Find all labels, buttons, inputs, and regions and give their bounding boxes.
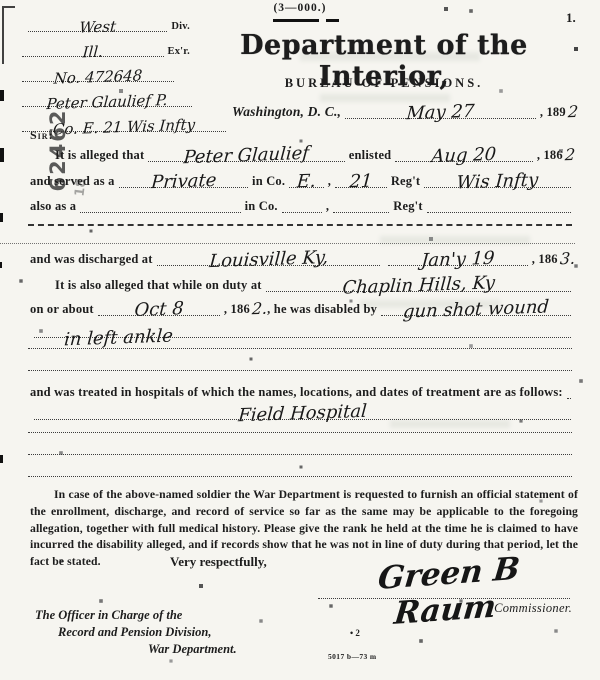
also-company-number-field[interactable] (333, 198, 389, 213)
pension-form-document: (3—000.) 1. West Div. Ill. Ex'r. No. 472… (0, 0, 600, 680)
company-field[interactable]: E. (289, 173, 324, 188)
soldier-name-field[interactable]: Peter Glaulief (148, 147, 344, 162)
regiment-field[interactable]: Wis Infty (424, 173, 571, 188)
discharge-date-handwriting: Jan'y 19 (388, 253, 528, 268)
soldier-name-handwriting: Peter Glaulief (148, 148, 345, 165)
company-number-handwriting: 21 (335, 176, 387, 188)
rank-field[interactable]: Private (119, 173, 248, 188)
hospital-entry-line: Field Hospital (30, 404, 575, 420)
also-company-field[interactable] (282, 198, 322, 213)
scan-edge-mark (0, 90, 4, 101)
served-label: and served as a (30, 175, 115, 188)
scan-corner-mark (2, 6, 15, 64)
duty-place-line: It is also alleged that while on duty at… (55, 276, 575, 292)
comma-label: , (328, 175, 331, 188)
hospitals-field[interactable] (567, 384, 571, 399)
rank-handwriting: Private (118, 175, 248, 189)
disability-year-digit-handwriting: 2. (251, 299, 268, 319)
company-handwriting: E. (289, 176, 324, 187)
blank-dotted-line (28, 432, 572, 433)
hospitals-label: and was treated in hospitals of which th… (30, 386, 563, 399)
in-co-label: in Co. (245, 200, 278, 213)
alleged-label: It is alleged that (55, 149, 144, 162)
bleedthrough-smudge (390, 420, 510, 428)
blank-dotted-line (28, 476, 572, 477)
claim-number-handwriting: No. 472648 (22, 70, 174, 84)
enlist-date-field[interactable]: Aug 20 (395, 147, 532, 162)
examiner-handwriting: Ill. (22, 45, 164, 58)
date-line: Washington, D. C., May 27 , 189 2 (232, 103, 578, 119)
enlist-year-digit-handwriting: 2 (564, 145, 576, 164)
margin-examiner-line: Ill. Ex'r. (18, 41, 190, 57)
disability-date-field[interactable]: Oct 8 (98, 301, 220, 316)
comma-label: , (326, 200, 329, 213)
blank-dotted-line (28, 370, 572, 371)
disabled-by-label: , he was disabled by (267, 303, 377, 316)
scan-edge-mark (0, 213, 3, 222)
discharge-date-field[interactable]: Jan'y 19 (388, 251, 528, 266)
on-or-about-label: on or about (30, 303, 94, 316)
disability-date-handwriting: Oct 8 (97, 303, 220, 317)
page-mark: 1. (566, 10, 576, 26)
blank-dotted-line (28, 454, 572, 455)
header-rule (273, 19, 319, 22)
regiment-handwriting: Wis Infty (424, 175, 571, 190)
regt-label: Reg't (391, 175, 420, 188)
blank-dotted-line (0, 243, 575, 244)
scan-edge-mark (0, 262, 2, 268)
salutation: Sir: (30, 128, 54, 143)
also-rank-field[interactable] (80, 198, 240, 213)
division-field[interactable]: West (28, 17, 167, 32)
hospitals-line: and was treated in hospitals of which th… (30, 383, 575, 399)
discharge-year-prefix: , 186 (532, 253, 558, 266)
also-regiment-field[interactable] (427, 198, 571, 213)
blank-dotted-line (28, 224, 572, 226)
division-handwriting: West (28, 20, 168, 33)
addressee-line-2: Record and Pension Division, (58, 625, 212, 640)
blank-dotted-line (28, 348, 572, 349)
disability-continued-line: in left ankle (30, 322, 575, 338)
closing-phrase: Very respectfully, (170, 554, 267, 570)
disability-handwriting: gun shot wound (381, 302, 571, 319)
service-line: and served as a Private in Co. E. , 21 R… (30, 172, 575, 188)
duty-label: It is also alleged that while on duty at (55, 279, 262, 292)
year-digit-handwriting: 2 (567, 102, 579, 121)
header-rule (326, 19, 339, 22)
enlist-date-handwriting: Aug 20 (395, 149, 533, 164)
place-label: Washington, D. C., (232, 105, 341, 119)
regt-label: Reg't (393, 200, 422, 213)
disability-continued-handwriting: in left ankle (34, 318, 571, 347)
addressee-line-3: War Department. (148, 642, 237, 657)
disability-year-prefix: , 186 (224, 303, 250, 316)
commissioner-title: Commissioner. (494, 601, 572, 616)
examiner-field[interactable]: Ill. (22, 42, 164, 57)
scan-edge-mark (0, 455, 3, 463)
scan-edge-mark (0, 148, 4, 162)
also-service-line: also as a in Co. , Reg't (30, 197, 575, 213)
addressee-line-1: The Officer in Charge of the (35, 608, 182, 623)
date-handwriting: May 27 (345, 105, 536, 122)
disability-line: on or about Oct 8 , 186 2. , he was disa… (30, 300, 575, 316)
company-number-field[interactable]: 21 (335, 173, 387, 188)
margin-claim-number-line: No. 472648 (18, 66, 178, 82)
duty-place-handwriting: Chaplin Hills, Ky (265, 276, 571, 297)
discharged-label: and was discharged at (30, 253, 153, 266)
year-prefix: , 189 (540, 106, 566, 119)
duty-place-field[interactable]: Chaplin Hills, Ky (266, 277, 571, 292)
margin-claimant-line: Peter Glaulief P. (18, 91, 196, 107)
hospital-entry-field[interactable]: Field Hospital (34, 405, 571, 420)
discharge-year-digit-handwriting: 3. (559, 249, 576, 269)
disability-continued-field[interactable]: in left ankle (34, 323, 571, 338)
claim-number-field[interactable]: No. 472648 (22, 67, 174, 82)
date-field[interactable]: May 27 (345, 104, 536, 119)
enlistment-line: It is alleged that Peter Glaulief enlist… (55, 146, 575, 162)
print-code: 5017 b—73 m (328, 652, 377, 661)
discharge-place-field[interactable]: Louisville Ky, (157, 251, 380, 266)
signature-line (318, 598, 570, 599)
bleedthrough-smudge (320, 94, 450, 102)
margin-division-line: West Div. (24, 16, 190, 32)
disability-field[interactable]: gun shot wound (381, 301, 571, 316)
also-label: also as a (30, 200, 76, 213)
enlist-year-prefix: , 186 (537, 149, 563, 162)
in-co-label: in Co. (252, 175, 285, 188)
enlisted-label: enlisted (349, 149, 392, 162)
discharge-line: and was discharged at Louisville Ky, Jan… (30, 250, 575, 266)
form-number: (3—000.) (0, 2, 600, 14)
discharge-place-handwriting: Louisville Ky, (156, 251, 380, 269)
gathering-mark: • 2 (350, 628, 360, 638)
bureau-subtitle: BUREAU OF PENSIONS. (178, 76, 590, 91)
